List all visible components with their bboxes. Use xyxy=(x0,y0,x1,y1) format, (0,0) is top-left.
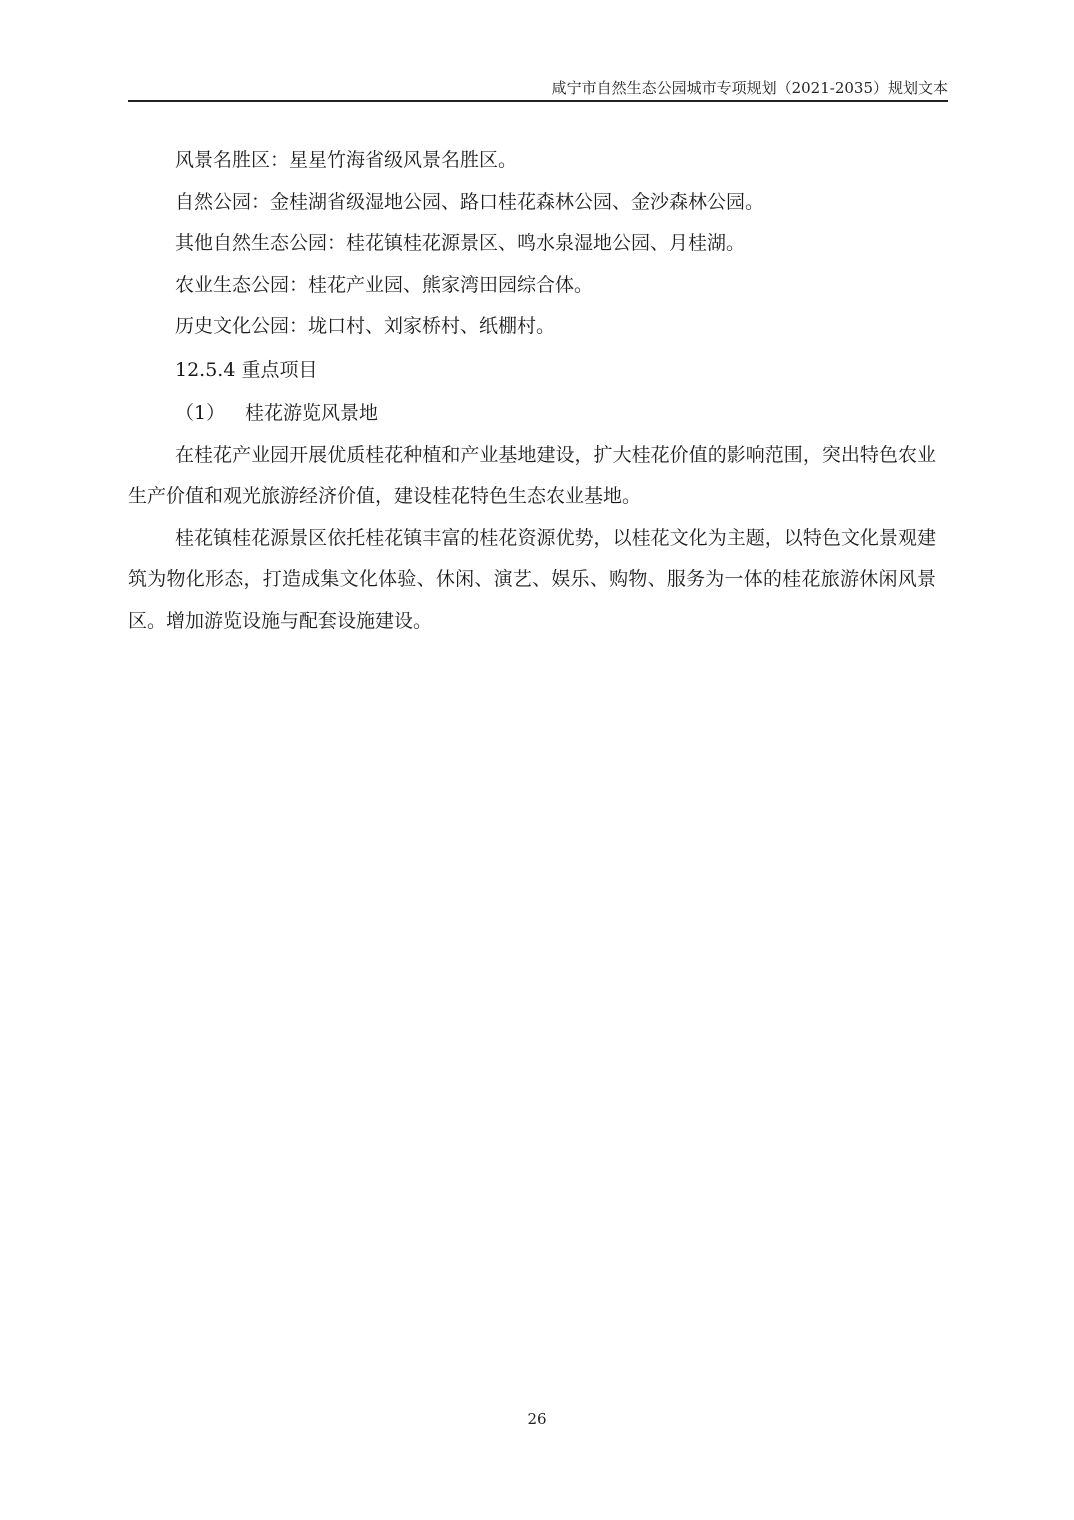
page-header: 咸宁市自然生态公园城市专项规划（2021-2035）规划文本 xyxy=(128,74,948,102)
project-item-title: 桂花游览风景地 xyxy=(245,402,378,424)
paragraph-osmanthus-industrial-park: 在桂花产业园开展优质桂花种植和产业基地建设，扩大桂花价值的影响范围，突出特色农业… xyxy=(128,435,936,518)
category-other-eco-park: 其他自然生态公园：桂花镇桂花源景区、鸣水泉湿地公园、月桂湖。 xyxy=(128,223,936,265)
document-title: 咸宁市自然生态公园城市专项规划（2021-2035）规划文本 xyxy=(552,77,948,98)
header-divider xyxy=(128,100,948,102)
document-body: 风景名胜区：星星竹海省级风景名胜区。 自然公园：金桂湖省级湿地公园、路口桂花森林… xyxy=(128,140,936,642)
paragraph-osmanthus-source-scenic-area: 桂花镇桂花源景区依托桂花镇丰富的桂花资源优势，以桂花文化为主题，以特色文化景观建… xyxy=(128,518,936,643)
project-item-heading: （1）桂花游览风景地 xyxy=(128,393,936,435)
project-item-number: （1） xyxy=(175,393,245,435)
category-scenic-area: 风景名胜区：星星竹海省级风景名胜区。 xyxy=(128,140,936,182)
category-agricultural-park: 农业生态公园：桂花产业园、熊家湾田园综合体。 xyxy=(128,265,936,307)
page-number: 26 xyxy=(0,1410,1074,1428)
section-heading: 12.5.4 重点项目 xyxy=(128,350,936,392)
category-historical-park: 历史文化公园：垅口村、刘家桥村、纸棚村。 xyxy=(128,306,936,348)
category-natural-park: 自然公园：金桂湖省级湿地公园、路口桂花森林公园、金沙森林公园。 xyxy=(128,182,936,224)
